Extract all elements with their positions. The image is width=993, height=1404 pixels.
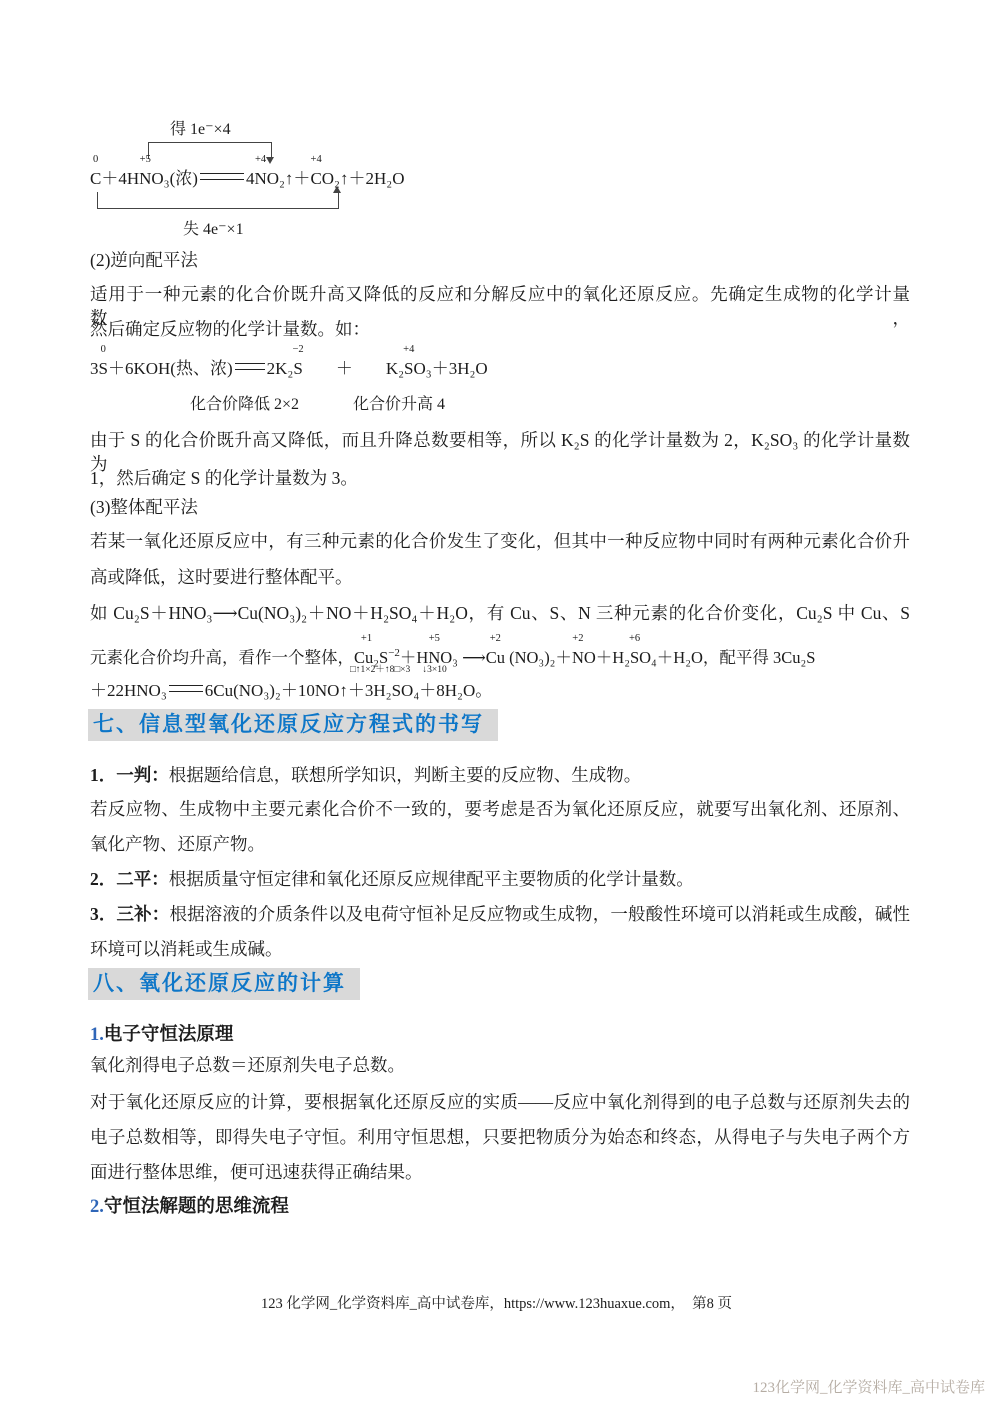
paragraph: 若某一氧化还原反应中，有三种元素的化合价发生了变化，但其中一种反应物中同时有两种… — [90, 529, 910, 553]
atom-n: +5N — [139, 167, 151, 191]
double-equals-sign — [169, 685, 203, 692]
electron-gain-bracket — [148, 142, 272, 159]
eq-segment: O₃(浓) — [151, 169, 198, 188]
oxidation-state: +5 — [429, 634, 440, 645]
valence-increase-label: 化合价升高 4 — [353, 391, 445, 414]
paragraph: 氧化剂得电子总数＝还原剂失电子总数。 — [90, 1053, 910, 1077]
oxidation-state: +4 — [311, 155, 322, 166]
atom-n: +2N — [572, 646, 584, 670]
atom-symbol: S — [630, 648, 639, 667]
page-footer: 123 化学网_化学资料库_高中试卷库，https://www.123huaxu… — [0, 1292, 993, 1313]
atom-c: +4C — [310, 167, 321, 191]
arrow-down-icon — [266, 157, 274, 164]
item-body: 根据题给信息，联想所学知识，判断主要的反应物、生成物。 — [169, 765, 642, 785]
paragraph: 电子总数相等，即得失电子守恒。利用守恒思想，只要把物质分为始态和终态，从得电子与… — [90, 1125, 910, 1149]
eq-lead-text: 元素化合价均升高，看作一个整体， — [90, 648, 354, 667]
item-body: 根据质量守恒定律和氧化还原反应规律配平主要物质的化学计量数。 — [169, 869, 694, 889]
atom-symbol: S — [293, 359, 302, 378]
paragraph: 面进行整体思维，便可迅速获得正确结果。 — [90, 1160, 910, 1184]
item-lead: 3．三补： — [90, 904, 169, 924]
oxidation-state: +6 — [629, 634, 640, 645]
paragraph: 然后确定反应物的化学计量数。如： — [90, 317, 910, 341]
document-page: 得 1e⁻×4 0C＋4H+5NO₃(浓)4+4NO₂↑＋+4CO₂↑＋2H₂O… — [0, 0, 993, 1404]
list-item: 2．二平：根据质量守恒定律和氧化还原反应规律配平主要物质的化学计量数。 — [90, 867, 910, 891]
item-lead: 2．二平： — [90, 869, 169, 889]
subsection-heading: 2.守恒法解题的思维流程 — [90, 1192, 289, 1218]
eq-segment: O₂↑＋ — [267, 169, 311, 188]
oxidation-state: +2 — [572, 634, 583, 645]
electron-annotation: □↑1×2＋↑8□×3 — [350, 666, 410, 676]
paragraph: 1，然后确定 S 的化学计量数为 3。 — [90, 466, 910, 490]
item-body: 根据溶液的介质条件以及电荷守恒补足反应物或生成物，一般酸性环境可以消耗或生成酸，… — [169, 904, 910, 924]
subsection-title: 电子守恒法原理 — [104, 1025, 234, 1045]
subsection-title: 守恒法解题的思维流程 — [104, 1197, 289, 1217]
oxidation-state: +1 — [361, 634, 372, 645]
atom-symbol: N — [572, 648, 584, 667]
atom-symbol: S — [404, 359, 413, 378]
equation-carbon-nitric-acid: 0C＋4H+5NO₃(浓)4+4NO₂↑＋+4CO₂↑＋2H₂O — [90, 167, 910, 191]
subsection-heading: 1.电子守恒法原理 — [90, 1020, 233, 1046]
atom-s: −2S — [293, 357, 302, 381]
eq-segment: 2K₂ — [267, 359, 294, 378]
double-equals-sign — [235, 363, 265, 370]
oxidation-state: −2 — [388, 647, 400, 659]
list-item: 3．三补：根据溶液的介质条件以及电荷守恒补足反应物或生成物，一般酸性环境可以消耗… — [90, 902, 910, 926]
oxidation-state: 0 — [93, 155, 98, 166]
atom-n: +5N↓3×10 — [428, 646, 440, 670]
atom-s: +6S — [630, 646, 639, 670]
method-whole-title: (3)整体配平法 — [90, 495, 910, 519]
eq-segment: ＋6KOH(热、浓) — [108, 359, 233, 378]
paragraph: 若反应物、生成物中主要元素化合价不一致的，要考虑是否为氧化还原反应，就要写出氧化… — [90, 797, 910, 821]
eq-segment: 6Cu(NO₃)₂＋10NO↑＋3H₂SO₄＋8H₂O。 — [205, 681, 492, 700]
paragraph: 对于氧化还原反应的计算，要根据氧化还原反应的实质——反应中氧化剂得到的电子总数与… — [90, 1090, 910, 1114]
paragraph: 环境可以消耗或生成碱。 — [90, 937, 910, 961]
atom-symbol: C — [90, 169, 101, 188]
eq-segment: K₂ — [386, 359, 404, 378]
oxidation-state: +4 — [255, 155, 266, 166]
atom-symbol: N — [254, 169, 266, 188]
eq-segment: (NO₃)₂＋ — [505, 648, 572, 667]
electron-loss-bracket — [97, 192, 339, 209]
oxidation-state: +5 — [140, 155, 151, 166]
double-equals-sign — [200, 173, 244, 180]
eq-segment: ＋4H — [101, 169, 139, 188]
electron-gain-label: 得 1e⁻×4 — [170, 116, 231, 139]
oxidation-state: 0 — [101, 345, 106, 356]
eq-segment: O₄＋H₂O，配平得 3Cu₂S — [639, 648, 815, 667]
arrow-up-icon — [333, 186, 341, 193]
atom-symbol: N — [139, 169, 151, 188]
item-lead: 1．一判： — [90, 765, 169, 785]
eq-segment: O＋H₂ — [584, 648, 630, 667]
section-heading-8: 八、氧化还原反应的计算 — [88, 968, 360, 1000]
equation-balanced-result: ＋22HNO₃6Cu(NO₃)₂＋10NO↑＋3H₂SO₄＋8H₂O。 — [90, 679, 910, 703]
equation-cu2s-hno3: 元素化合价均升高，看作一个整体，+1Cu₂□↑1×2＋↑8□×3S−2＋H+5N… — [90, 641, 910, 670]
oxidation-state: −2 — [292, 345, 303, 356]
atom-s: 0S — [99, 357, 108, 381]
paragraph: 高或降低，这时要进行整体配平。 — [90, 565, 910, 589]
equation-sulfur-koh: 30S＋6KOH(热、浓)2K₂−2S＋K₂+4SO₃＋3H₂O — [90, 357, 910, 381]
watermark: 123化学网_化学资料库_高中试卷库 — [752, 1376, 985, 1397]
atom-n: +4N — [254, 167, 266, 191]
list-item: 1．一判：根据题给信息，联想所学知识，判断主要的反应物、生成物。 — [90, 763, 910, 787]
atom-s: +4S — [404, 357, 413, 381]
paragraph: 氧化产物、还原产物。 — [90, 832, 910, 856]
subsection-number: 1. — [90, 1025, 104, 1045]
atom-cu: +2Cu — [486, 646, 505, 670]
plus-sign: ＋ — [336, 359, 353, 378]
atom-cu2: +1Cu₂□↑1×2＋↑8□×3 — [354, 646, 379, 670]
subsection-number: 2. — [90, 1197, 104, 1217]
electron-loss-label: 失 4e⁻×1 — [183, 216, 244, 239]
atom-symbol: C — [310, 169, 321, 188]
method-reverse-title: (2)逆向配平法 — [90, 248, 910, 272]
example-equation-intro: 如 Cu₂S＋HNO₃⟶Cu(NO₃)₂＋NO＋H₂SO₄＋H₂O，有 Cu、S… — [90, 601, 910, 625]
eq-segment: ＋22HNO₃ — [90, 681, 167, 700]
valence-decrease-label: 化合价降低 2×2 — [190, 391, 299, 414]
atom-symbol: S — [99, 359, 108, 378]
oxidation-state: +2 — [490, 634, 501, 645]
atom-c: 0C — [90, 167, 101, 191]
section-heading-7: 七、信息型氧化还原反应方程式的书写 — [88, 709, 498, 741]
eq-segment: 3 — [90, 359, 99, 378]
atom-symbol: Cu — [486, 648, 505, 667]
oxidation-state: +4 — [403, 345, 414, 356]
electron-annotation: ↓3×10 — [422, 666, 446, 676]
reaction-arrow: ⟶ — [462, 648, 486, 667]
eq-segment: 4 — [246, 169, 255, 188]
eq-segment: O₃＋3H₂O — [414, 359, 488, 378]
